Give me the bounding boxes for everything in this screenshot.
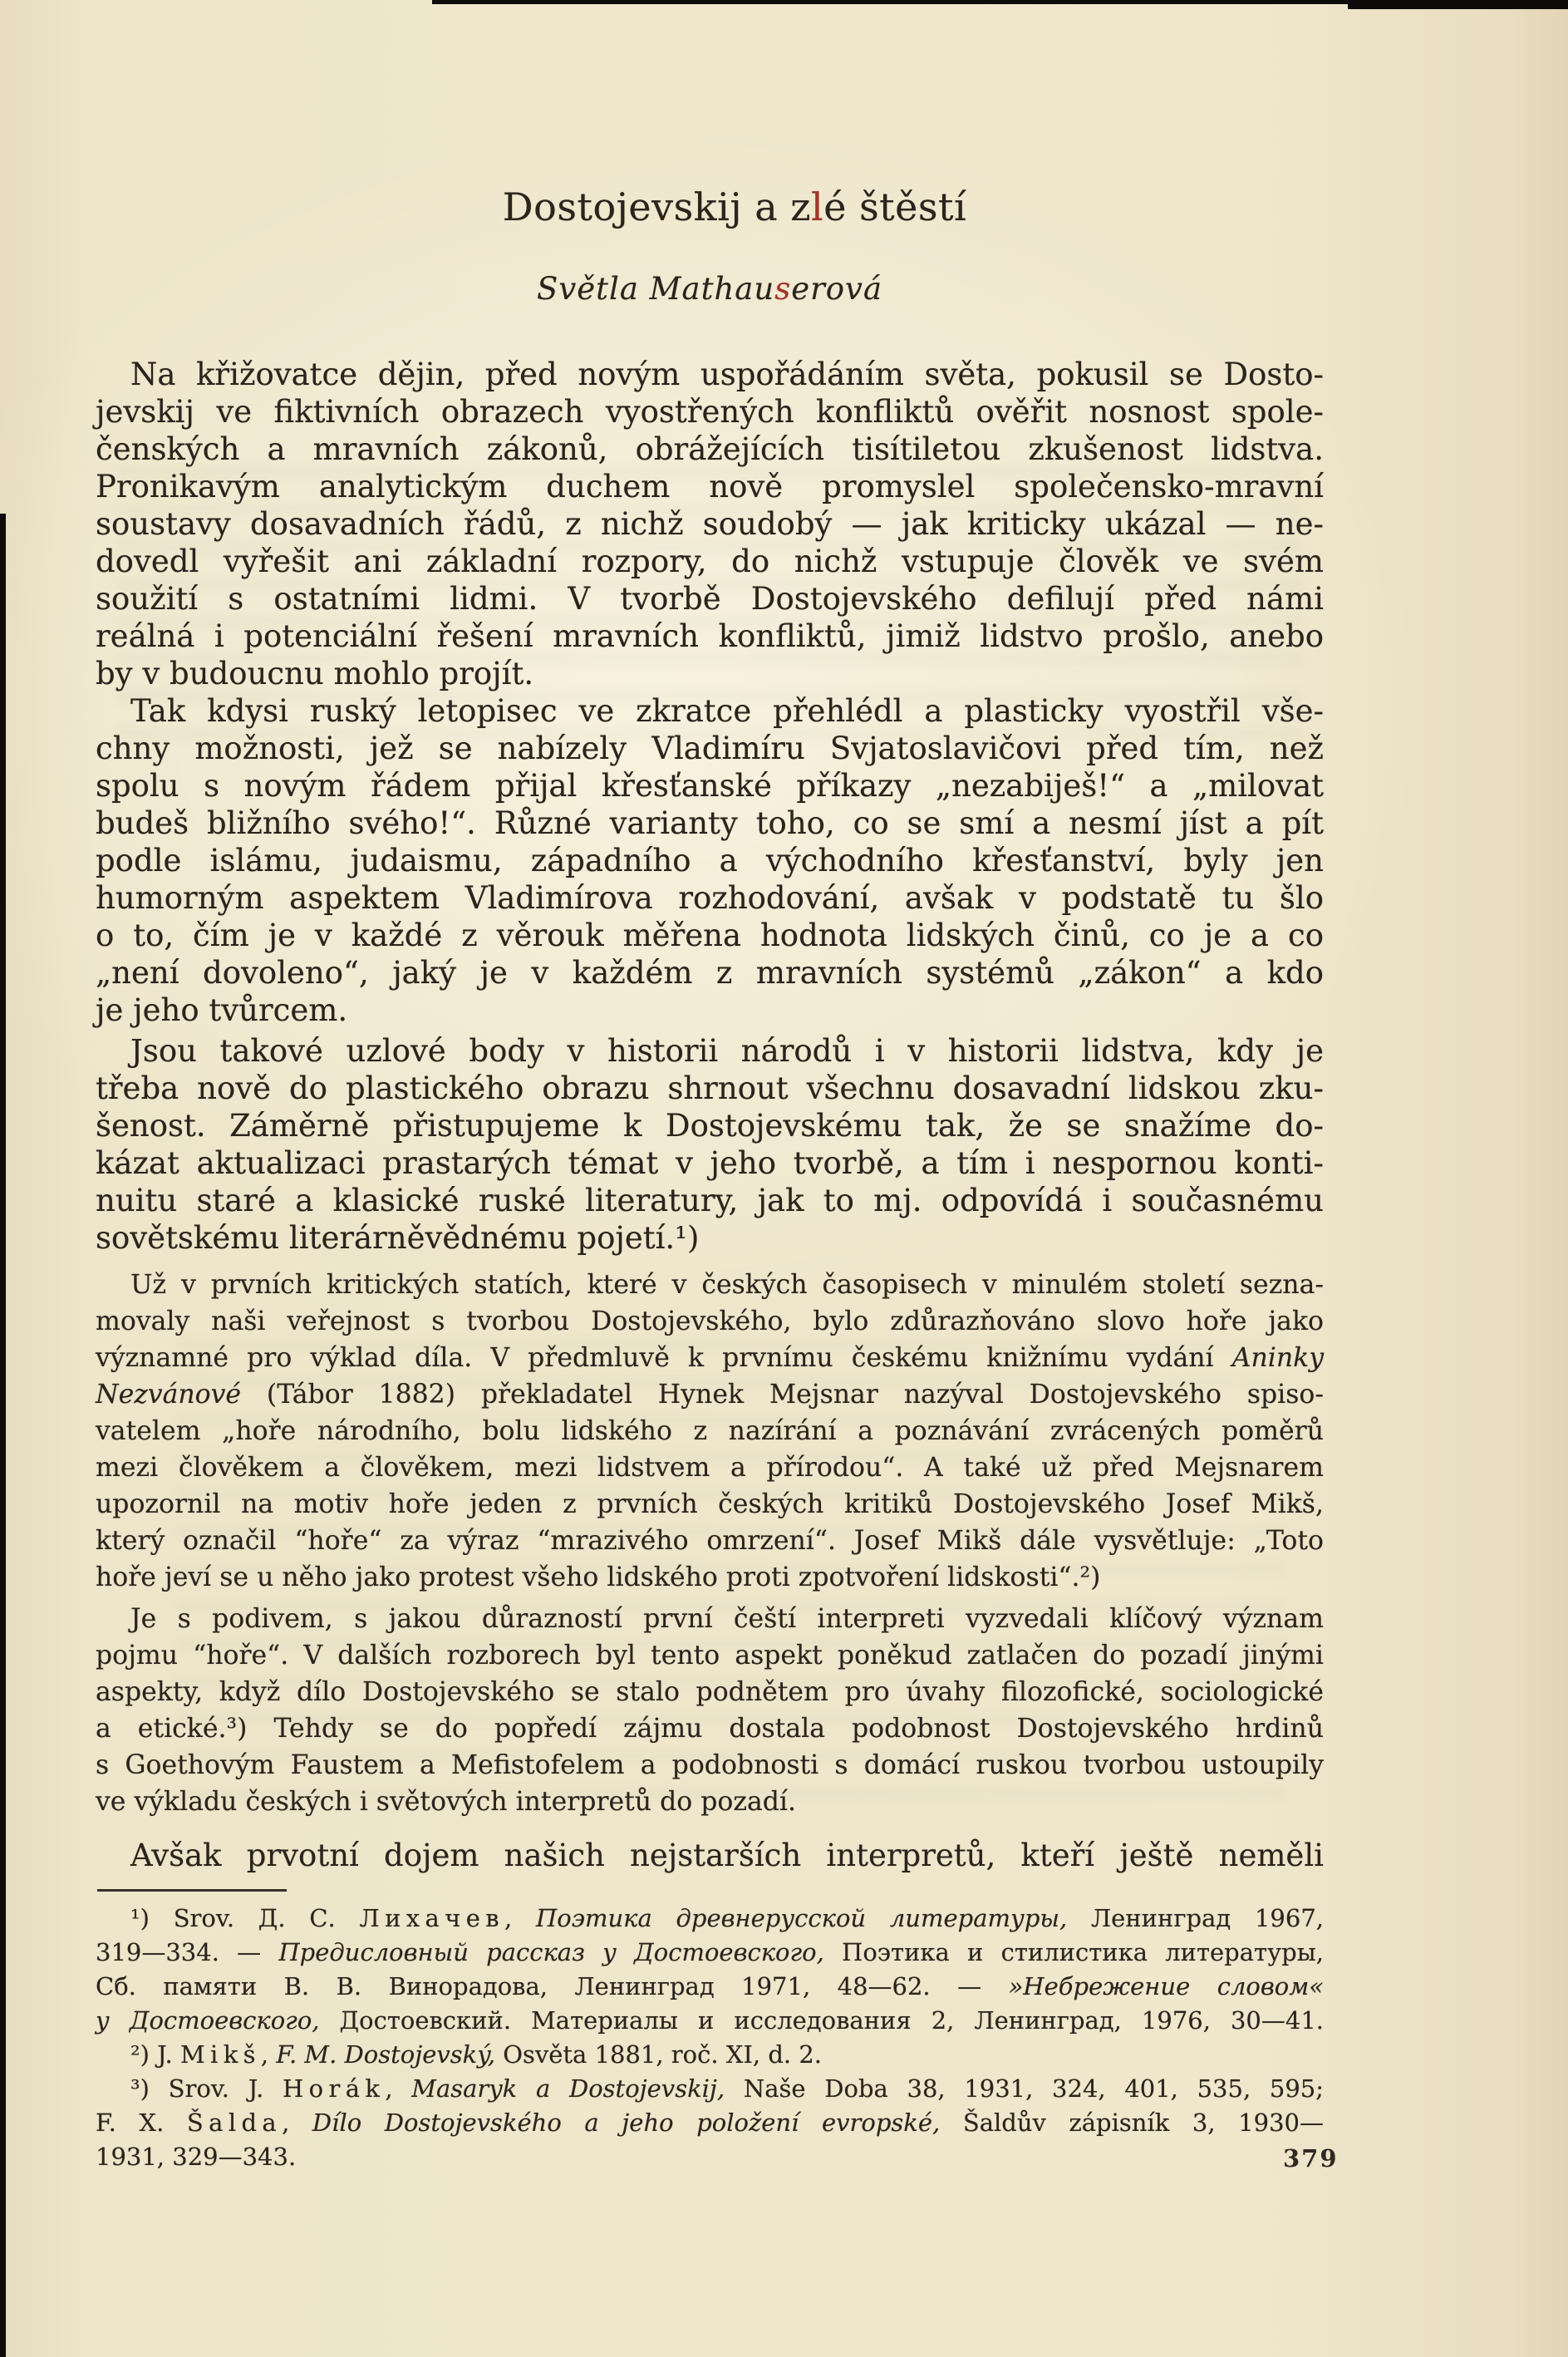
- text-line: movaly naši veřejnost s tvorbou Dostojev…: [96, 1303, 1324, 1340]
- text-segment: s Goethovým Faustem a Mefistofelem a pod…: [96, 1750, 1324, 1780]
- text-segment: a etické.³) Tehdy se do popředí zájmu do…: [96, 1714, 1324, 1744]
- text-segment: ³) Srov. J.: [130, 2074, 283, 2103]
- text-line: Jsou takové uzlové body v historii národ…: [96, 1032, 1324, 1070]
- scan-edge-top-right: [1348, 0, 1568, 9]
- text-line: významné pro výklad díla. V předmluvě k …: [96, 1340, 1324, 1376]
- footnote-3: ³) Srov. J. Horák, Masaryk a Dostojevski…: [96, 2072, 1324, 2174]
- text-line: mezi člověkem a člověkem, mezi lidstvem …: [96, 1449, 1324, 1486]
- text-segment: dovedl vyřešit ani základní rozpory, do …: [96, 544, 1324, 579]
- italic-text: Предисловный рассказ у Достоевского,: [278, 1938, 823, 1966]
- text-line: šenost. Záměrně přistupujeme k Dostojevs…: [96, 1107, 1324, 1144]
- paragraph-4: Avšak prvotní dojem našich nejstarších i…: [96, 1837, 1324, 1874]
- text-segment: hoře jeví se u něho jako protest všeho l…: [96, 1562, 1100, 1592]
- text-line: pojmu “hoře“. V dalších rozborech byl te…: [96, 1637, 1324, 1674]
- text-segment: upozornil na motiv hoře jeden z prvních …: [96, 1489, 1324, 1519]
- italic-text: Nezvánové: [96, 1380, 241, 1410]
- text-line: humorným aspektem Vladimírova rozhodován…: [96, 879, 1324, 917]
- text-line: dovedl vyřešit ani základní rozpory, do …: [96, 543, 1324, 580]
- text-segment: Avšak prvotní dojem našich nejstarších i…: [130, 1838, 1324, 1873]
- text-line: Je s podivem, s jakou důrazností první č…: [96, 1601, 1324, 1637]
- text-segment: Достоевский. Материалы и исследования 2,…: [320, 2006, 1325, 2035]
- text-segment: třeba nově do plastického obrazu shrnout…: [96, 1070, 1324, 1106]
- text-segment: budeš bližního svého!“. Různé varianty t…: [96, 805, 1324, 841]
- text-segment: mezi člověkem a člověkem, mezi lidstvem …: [96, 1453, 1324, 1483]
- title-text-2: é štěstí: [823, 185, 966, 229]
- text-segment: Лихачев: [360, 1904, 505, 1932]
- text-line: 1931, 329—343.: [96, 2140, 1324, 2174]
- text-line: „není dovoleno“, jaký je v každém z mrav…: [96, 954, 1324, 992]
- text-line: Pronikavým analytickým duchem nově promy…: [96, 468, 1324, 505]
- text-line: Avšak prvotní dojem našich nejstarších i…: [96, 1837, 1324, 1874]
- footnote-1: ¹) Srov. Д. С. Лихачев, Поэтика древнеру…: [96, 1902, 1324, 2038]
- paragraph-1: Na křižovatce dějin, před novým uspořádá…: [96, 356, 1324, 692]
- text-line: F. X. Šalda, Dílo Dostojevského a jeho p…: [96, 2106, 1324, 2140]
- text-segment: reálná i potenciální řešení mravních kon…: [96, 618, 1324, 654]
- text-segment: jevskij ve fiktivních obrazech vyostřený…: [96, 394, 1324, 430]
- author-name: Světla Mathauserová: [96, 271, 1324, 308]
- text-segment: ,: [261, 2040, 276, 2069]
- text-line: sovětskému literárněvědnému pojetí.¹): [96, 1219, 1324, 1257]
- text-segment: ¹) Srov. Д. С.: [130, 1904, 360, 1932]
- text-segment: Поэтика и стилистика литературы,: [824, 1938, 1324, 1966]
- italic-text: F. M. Dostojevský,: [276, 2040, 495, 2069]
- text-segment: Horák: [283, 2074, 385, 2103]
- text-segment: šenost. Záměrně přistupujeme k Dostojevs…: [96, 1108, 1324, 1144]
- text-segment: soužití s ostatními lidmi. V tvorbě Dost…: [96, 581, 1324, 617]
- text-segment: Už v prvních kritických statích, které v…: [130, 1270, 1324, 1300]
- text-line: upozornil na motiv hoře jeden z prvních …: [96, 1486, 1324, 1523]
- text-segment: Šalda: [187, 2109, 282, 2137]
- paragraph-2: Tak kdysi ruský letopisec ve zkratce pře…: [96, 692, 1324, 1029]
- text-segment: soustavy dosavadních řádů, z nichž soudo…: [96, 506, 1324, 542]
- text-segment: Mikš: [180, 2040, 261, 2069]
- author-text: Světla Mathau: [537, 271, 774, 307]
- scanned-page: Dostojevskij a zlé štěstí Světla Mathaus…: [0, 0, 1568, 2357]
- text-segment: nuitu staré a klasické ruské literatury,…: [96, 1183, 1324, 1218]
- footnote-2: ²) J. Mikš, F. M. Dostojevský, Osvěta 18…: [96, 2038, 1324, 2072]
- italic-text: Masaryk a Dostojevskij,: [411, 2074, 725, 2103]
- text-line: který označil “hoře“ za výraz “mrazivého…: [96, 1523, 1324, 1559]
- text-segment: F. X.: [96, 2109, 187, 2137]
- text-line: у Достоевского, Достоевский. Материалы и…: [96, 2004, 1324, 2038]
- author-red-letter: s: [774, 271, 791, 307]
- title-red-letter: l: [811, 185, 823, 229]
- text-line: jevskij ve fiktivních obrazech vyostřený…: [96, 393, 1324, 431]
- author-text-2: erová: [791, 271, 882, 307]
- text-segment: ve výkladu českých i světových interpret…: [96, 1787, 796, 1817]
- article-title: Dostojevskij a zlé štěstí: [96, 185, 1324, 229]
- text-line: nuitu staré a klasické ruské literatury,…: [96, 1182, 1324, 1219]
- text-line: Na křižovatce dějin, před novým uspořádá…: [96, 356, 1324, 393]
- text-line: spolu s novým řádem přijal křesťanské př…: [96, 767, 1324, 805]
- text-segment: o to, čím je v každé z věrouk měřena hod…: [96, 918, 1324, 953]
- text-segment: podle islámu, judaismu, západního a vých…: [96, 843, 1324, 878]
- text-line: s Goethovým Faustem a Mefistofelem a pod…: [96, 1747, 1324, 1784]
- text-segment: spolu s novým řádem přijal křesťanské př…: [96, 768, 1324, 804]
- text-segment: sovětskému literárněvědnému pojetí.¹): [96, 1220, 699, 1256]
- page-number: 379: [1283, 2144, 1339, 2172]
- text-line: a etické.³) Tehdy se do popředí zájmu do…: [96, 1710, 1324, 1747]
- title-text: Dostojevskij a z: [503, 185, 811, 229]
- text-segment: Tak kdysi ruský letopisec ve zkratce pře…: [130, 693, 1324, 729]
- text-line: o to, čím je v každé z věrouk měřena hod…: [96, 917, 1324, 954]
- text-segment: významné pro výklad díla. V předmluvě k …: [96, 1343, 1232, 1373]
- text-segment: ²) J.: [130, 2040, 180, 2069]
- text-segment: čenských a mravních zákonů, obrážejících…: [96, 431, 1324, 467]
- text-segment: vatelem „hoře národního, bolu lidského z…: [96, 1416, 1324, 1446]
- italic-text: Dílo Dostojevského a jeho položení evrop…: [312, 2109, 940, 2137]
- text-segment: by v budoucnu mohlo projít.: [96, 656, 533, 691]
- text-segment: je jeho tvůrcem.: [96, 992, 347, 1028]
- text-line: ¹) Srov. Д. С. Лихачев, Поэтика древнеру…: [96, 1902, 1324, 1936]
- text-line: třeba nově do plastického obrazu shrnout…: [96, 1070, 1324, 1107]
- small-paragraph-2: Je s podivem, s jakou důrazností první č…: [96, 1601, 1324, 1820]
- italic-text: »Небрежение словом«: [1009, 1972, 1324, 2000]
- footnote-separator: [97, 1889, 287, 1892]
- text-line: Tak kdysi ruský letopisec ve zkratce pře…: [96, 692, 1324, 730]
- text-segment: humorným aspektem Vladimírova rozhodován…: [96, 880, 1324, 916]
- text-segment: (Tábor 1882) překladatel Hynek Mejsnar n…: [241, 1380, 1324, 1410]
- text-segment: aspekty, když dílo Dostojevského se stal…: [96, 1677, 1324, 1707]
- text-segment: kázat aktualizaci prastarých témat v jeh…: [96, 1145, 1324, 1181]
- text-line: ³) Srov. J. Horák, Masaryk a Dostojevski…: [96, 2072, 1324, 2106]
- text-line: 319—334. — Предисловный рассказ у Достое…: [96, 1936, 1324, 1970]
- text-segment: ,: [282, 2109, 312, 2137]
- paragraph-3: Jsou takové uzlové body v historii národ…: [96, 1032, 1324, 1257]
- text-line: ve výkladu českých i světových interpret…: [96, 1784, 1324, 1820]
- text-segment: Šaldův zápisník 3, 1930—: [940, 2109, 1324, 2137]
- text-segment: 319—334. —: [96, 1938, 278, 1966]
- text-line: podle islámu, judaismu, západního a vých…: [96, 842, 1324, 879]
- text-line: čenských a mravních zákonů, obrážejících…: [96, 431, 1324, 468]
- text-segment: Сб. памяти В. В. Винорадова, Ленинград 1…: [96, 1972, 1009, 2000]
- text-segment: ,: [385, 2074, 411, 2103]
- text-segment: Jsou takové uzlové body v historii národ…: [130, 1033, 1324, 1069]
- text-segment: Je s podivem, s jakou důrazností první č…: [130, 1604, 1324, 1634]
- text-segment: ,: [504, 1904, 536, 1932]
- text-segment: Naše Doba 38, 1931, 324, 401, 535, 595;: [725, 2074, 1324, 2103]
- text-line: by v budoucnu mohlo projít.: [96, 655, 1324, 692]
- text-line: soustavy dosavadních řádů, z nichž soudo…: [96, 505, 1324, 543]
- text-line: hoře jeví se u něho jako protest všeho l…: [96, 1559, 1324, 1596]
- text-segment: movaly naši veřejnost s tvorbou Dostojev…: [96, 1306, 1324, 1336]
- text-line: chny možnosti, jež se nabízely Vladimíru…: [96, 730, 1324, 767]
- text-line: Už v prvních kritických statích, které v…: [96, 1267, 1324, 1303]
- scan-edge-left: [0, 514, 6, 2357]
- italic-text: Aninky: [1232, 1343, 1324, 1373]
- text-line: reálná i potenciální řešení mravních kon…: [96, 618, 1324, 655]
- text-column: Dostojevskij a zlé štěstí Světla Mathaus…: [96, 185, 1324, 2174]
- text-line: budeš bližního svého!“. Různé varianty t…: [96, 805, 1324, 842]
- text-line: aspekty, když dílo Dostojevského se stal…: [96, 1674, 1324, 1710]
- text-segment: 1931, 329—343.: [96, 2143, 296, 2171]
- text-line: Nezvánové (Tábor 1882) překladatel Hynek…: [96, 1376, 1324, 1413]
- text-line: Сб. памяти В. В. Винорадова, Ленинград 1…: [96, 1970, 1324, 2004]
- text-segment: Na křižovatce dějin, před novým uspořádá…: [130, 357, 1324, 392]
- text-line: soužití s ostatními lidmi. V tvorbě Dost…: [96, 580, 1324, 618]
- text-segment: pojmu “hoře“. V dalších rozborech byl te…: [96, 1641, 1324, 1671]
- text-segment: chny možnosti, jež se nabízely Vladimíru…: [96, 731, 1324, 766]
- text-line: kázat aktualizaci prastarých témat v jeh…: [96, 1144, 1324, 1182]
- italic-text: Поэтика древнерусской литературы,: [536, 1904, 1067, 1932]
- text-segment: Osvěta 1881, roč. XI, d. 2.: [495, 2040, 822, 2069]
- text-line: vatelem „hoře národního, bolu lidského z…: [96, 1413, 1324, 1449]
- text-line: ²) J. Mikš, F. M. Dostojevský, Osvěta 18…: [96, 2038, 1324, 2072]
- text-segment: který označil “hoře“ za výraz “mrazivého…: [96, 1526, 1324, 1556]
- small-paragraph-1: Už v prvních kritických statích, které v…: [96, 1267, 1324, 1596]
- italic-text: у Достоевского,: [96, 2006, 320, 2035]
- text-segment: „není dovoleno“, jaký je v každém z mrav…: [96, 955, 1324, 991]
- text-segment: Pronikavým analytickým duchem nově promy…: [96, 469, 1324, 504]
- text-line: je jeho tvůrcem.: [96, 992, 1324, 1029]
- text-segment: Ленинград 1967,: [1067, 1904, 1324, 1932]
